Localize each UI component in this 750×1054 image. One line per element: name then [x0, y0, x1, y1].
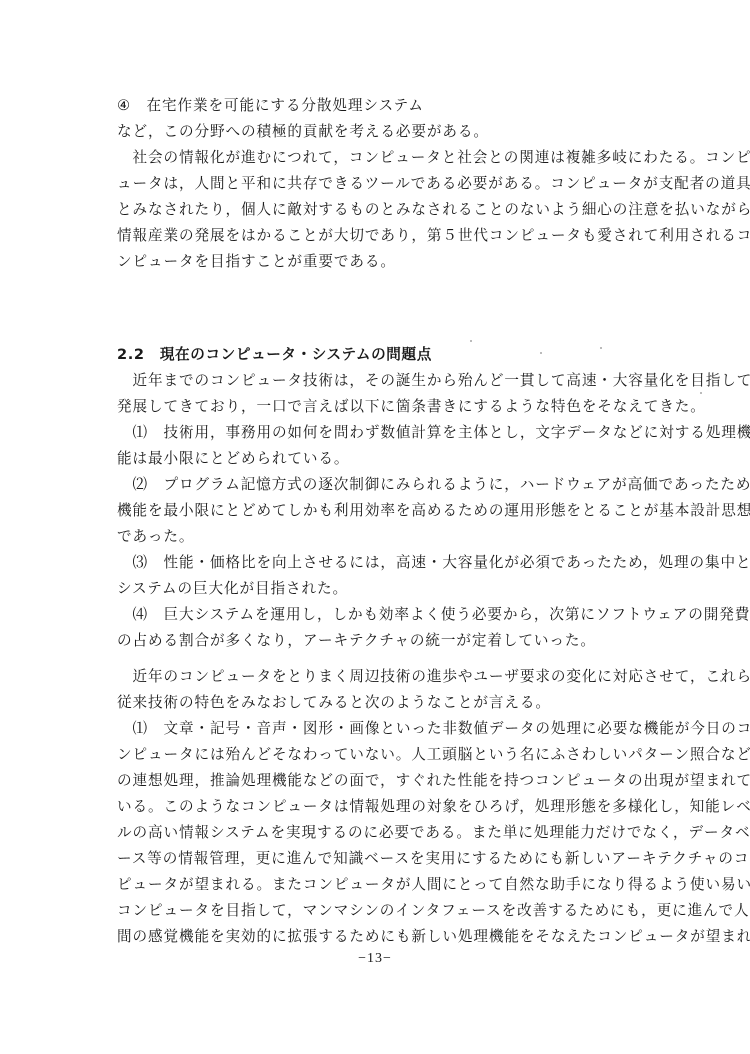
paragraph-line: など，この分野への積極的貢献を考える必要がある。 — [117, 122, 679, 142]
list-item-line: ⑴ 技術用，事務用の如何を問わず数値計算を主体とし，文字データなどに対する処理機 — [117, 423, 679, 443]
list-item-line: ⑴ 文章・記号・音声・図形・画像といった非数値データの処理に必要な機能が今日のコ — [117, 719, 679, 739]
list-item-line: の占める割合が多くなり，アーキテクチャの統一が定着していった。 — [117, 631, 679, 651]
list-item-line: コンピュータを目指して，マンマシンのインタフェースを改善するためにも，更に進んで… — [117, 901, 679, 921]
scan-artifact — [700, 392, 702, 394]
list-item-line: いる。このようなコンピュータは情報処理の対象をひろげ，処理形態を多様化し，知能レ… — [117, 797, 679, 817]
list-item-line: ⑶ 性能・価格比を向上させるには，高速・大容量化が必須であったため，処理の集中と — [117, 553, 679, 573]
list-item-line: ース等の情報管理，更に進んで知識ベースを実用にするためにも新しいアーキテクチャの… — [117, 849, 679, 869]
list-item-4: ④ 在宅作業を可能にする分散処理システム — [117, 96, 679, 116]
list-item-line: ⑷ 巨大システムを運用し，しかも効率よく使う必要から，次第にソフトウェアの開発費 — [117, 605, 679, 625]
list-item-line: システムの巨大化が目指された。 — [117, 579, 679, 599]
scan-artifact — [720, 680, 722, 682]
list-item-line: ンピュータには殆んどそなわっていない。人工頭脳という名にふさわしいパターン照合な… — [117, 745, 679, 765]
paragraph-line: ンピュータを目指すことが重要である。 — [117, 252, 679, 272]
page-number: −13− — [0, 951, 750, 967]
list-item-line: の連想処理，推論処理機能などの面で，すぐれた性能を持つコンピュータの出現が望まれ… — [117, 771, 679, 791]
paragraph-line: 近年のコンピュータをとりまく周辺技術の進歩やユーザ要求の変化に対応させて，これら — [117, 667, 679, 687]
list-item-line: 間の感覚機能を実効的に拡張するためにも新しい処理機能をそなえたコンピュータが望ま… — [117, 927, 679, 947]
paragraph-line: とみなされたり，個人に敵対するものとみなされることのないよう細心の注意を払いなが… — [117, 200, 679, 220]
list-item-line: ルの高い情報システムを実現するのに必要である。また単に処理能力だけでなく，データ… — [117, 823, 679, 843]
list-item-line: であった。 — [117, 527, 679, 547]
scan-artifact — [540, 352, 542, 354]
scan-artifact — [470, 340, 472, 342]
paragraph-line: 従来技術の特色をみなおしてみると次のようなことが言える。 — [117, 693, 679, 713]
paragraph-line: 発展してきており，一口で言えば以下に箇条書きにするような特色をそなえてきた。 — [117, 397, 679, 417]
paragraph-line: 社会の情報化が進むにつれて，コンピュータと社会との関連は複雑多岐にわたる。コンピ — [117, 148, 679, 168]
list-item-line: ピュータが望まれる。またコンピュータが人間にとって自然な助手になり得るよう使い易… — [117, 875, 679, 895]
list-item-line: 能は最小限にとどめられている。 — [117, 449, 679, 469]
document-page: ④ 在宅作業を可能にする分散処理システム など，この分野への積極的貢献を考える必… — [0, 0, 750, 1054]
scan-artifact — [600, 347, 602, 349]
section-title: 現在のコンピュータ・システムの問題点 — [160, 346, 432, 363]
list-item-line: 機能を最小限にとどめてしかも利用効率を高めるための運用形態をとることが基本設計思… — [117, 501, 679, 521]
section-number: 2.2 — [117, 346, 145, 363]
list-item-line: ⑵ プログラム記憶方式の逐次制御にみられるように，ハードウェアが高価であったため — [117, 475, 679, 495]
paragraph-line: 近年までのコンピュータ技術は，その誕生から殆んど一貫して高速・大容量化を目指して — [117, 371, 679, 391]
paragraph-line: ュータは，人間と平和に共存できるツールである必要がある。コンピュータが支配者の道… — [117, 174, 679, 194]
paragraph-line: 情報産業の発展をはかることが大切であり，第５世代コンピュータも愛されて利用される… — [117, 226, 679, 246]
section-heading: 2.2 現在のコンピュータ・システムの問題点 — [117, 345, 679, 365]
